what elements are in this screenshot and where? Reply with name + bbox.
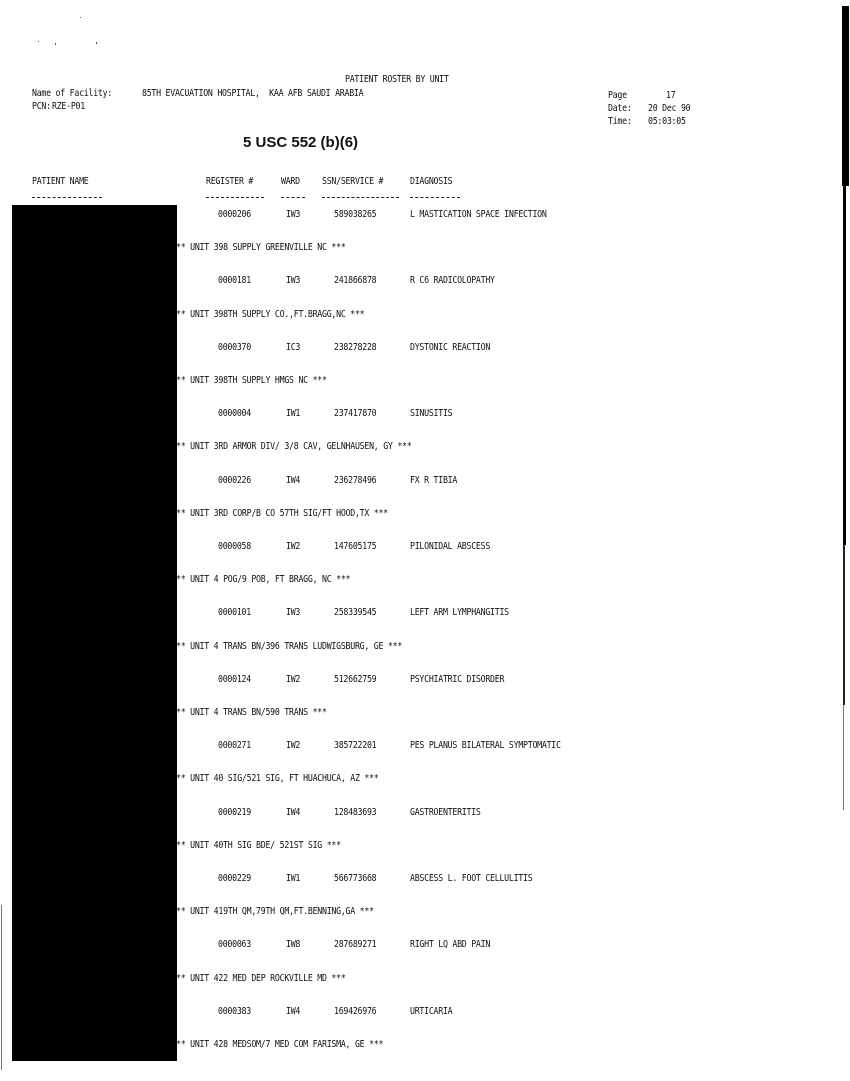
page-value: 17 (666, 90, 675, 101)
scan-speck (38, 41, 39, 42)
register-cell: 0000124 (218, 674, 251, 685)
diagnosis-cell: PSYCHIATRIC DISORDER (410, 674, 504, 685)
diagnosis-cell: URTICARIA (410, 1006, 452, 1017)
header-underline (32, 197, 102, 199)
scan-edge-line (1, 905, 2, 1070)
ssn-cell: 385722201 (334, 740, 376, 751)
page-label: Page (608, 90, 627, 101)
time-value: 05:03:05 (648, 116, 686, 127)
ssn-cell: 589038265 (334, 209, 376, 220)
ssn-cell: 128483693 (334, 807, 376, 818)
ssn-cell: 236278496 (334, 475, 376, 486)
diagnosis-cell: PES PLANUS BILATERAL SYMPTOMATIC (410, 740, 561, 751)
scan-edge-bar (842, 6, 849, 186)
header-underline (281, 197, 305, 199)
header-underline (206, 197, 264, 199)
scan-speck (80, 17, 81, 18)
ward-cell: IW2 (286, 541, 300, 552)
ward-cell: IW8 (286, 939, 300, 950)
ward-cell: IW1 (286, 873, 300, 884)
date-label: Date: (608, 103, 632, 114)
ward-cell: IW4 (286, 1006, 300, 1017)
column-header-ward: WARD (281, 176, 300, 187)
header-underline (322, 197, 399, 199)
diagnosis-cell: R C6 RADICOLOPATHY (410, 275, 495, 286)
report-title: PATIENT ROSTER BY UNIT (345, 74, 449, 85)
register-cell: 0000058 (218, 541, 251, 552)
register-cell: 0000383 (218, 1006, 251, 1017)
scan-edge-line (843, 705, 844, 810)
unit-group-header: ** UNIT 4 POG/9 POB, FT BRAGG, NC *** (176, 574, 350, 585)
register-cell: 0000004 (218, 408, 251, 419)
pcn-value: RZE-P01 (52, 101, 85, 112)
facility-value: 85TH EVACUATION HOSPITAL, KAA AFB SAUDI … (142, 88, 363, 99)
ssn-cell: 238278228 (334, 342, 376, 353)
scan-speck (55, 43, 56, 45)
scan-edge-line (843, 185, 846, 545)
unit-group-header: ** UNIT 398TH SUPPLY CO.,FT.BRAGG,NC *** (176, 309, 364, 320)
unit-group-header: ** UNIT 40TH SIG BDE/ 521ST SIG *** (176, 840, 341, 851)
diagnosis-cell: FX R TIBIA (410, 475, 457, 486)
redaction-box (12, 205, 177, 1061)
ssn-cell: 258339545 (334, 607, 376, 618)
ward-cell: IW3 (286, 607, 300, 618)
diagnosis-cell: DYSTONIC REACTION (410, 342, 490, 353)
register-cell: 0000229 (218, 873, 251, 884)
scan-edge-line (843, 545, 845, 705)
facility-label: Name of Facility: (32, 88, 112, 99)
ward-cell: IW4 (286, 475, 300, 486)
ward-cell: IW3 (286, 275, 300, 286)
ssn-cell: 287689271 (334, 939, 376, 950)
column-header-register: REGISTER # (206, 176, 253, 187)
time-label: Time: (608, 116, 632, 127)
unit-group-header: ** UNIT 40 SIG/521 SIG, FT HUACHUCA, AZ … (176, 773, 379, 784)
register-cell: 0000370 (218, 342, 251, 353)
register-cell: 0000226 (218, 475, 251, 486)
ssn-cell: 169426976 (334, 1006, 376, 1017)
unit-group-header: ** UNIT 398 SUPPLY GREENVILLE NC *** (176, 242, 346, 253)
ssn-cell: 147605175 (334, 541, 376, 552)
ward-cell: IW2 (286, 740, 300, 751)
scan-speck (96, 42, 97, 44)
diagnosis-cell: SINUSITIS (410, 408, 452, 419)
register-cell: 0000206 (218, 209, 251, 220)
ssn-cell: 512662759 (334, 674, 376, 685)
diagnosis-cell: ABSCESS L. FOOT CELLULITIS (410, 873, 532, 884)
diagnosis-cell: RIGHT LQ ABD PAIN (410, 939, 490, 950)
register-cell: 0000101 (218, 607, 251, 618)
diagnosis-cell: L MASTICATION SPACE INFECTION (410, 209, 547, 220)
unit-group-header: ** UNIT 3RD CORP/B CO 57TH SIG/FT HOOD,T… (176, 508, 388, 519)
register-cell: 0000181 (218, 275, 251, 286)
unit-group-header: ** UNIT 4 TRANS BN/590 TRANS *** (176, 707, 327, 718)
diagnosis-cell: GASTROENTERITIS (410, 807, 481, 818)
register-cell: 0000271 (218, 740, 251, 751)
header-underline (410, 197, 460, 199)
diagnosis-cell: PILONIDAL ABSCESS (410, 541, 490, 552)
ssn-cell: 241866878 (334, 275, 376, 286)
unit-group-header: ** UNIT 419TH QM,79TH QM,FT.BENNING,GA *… (176, 906, 374, 917)
unit-group-header: ** UNIT 398TH SUPPLY HMGS NC *** (176, 375, 327, 386)
pcn-label: PCN: (32, 101, 51, 112)
ssn-cell: 566773668 (334, 873, 376, 884)
date-value: 20 Dec 90 (648, 103, 690, 114)
diagnosis-cell: LEFT ARM LYMPHANGITIS (410, 607, 509, 618)
unit-group-header: ** UNIT 428 MEDSOM/7 MED COM FARISMA, GE… (176, 1039, 383, 1050)
register-cell: 0000063 (218, 939, 251, 950)
register-cell: 0000219 (218, 807, 251, 818)
column-header-patient-name: PATIENT NAME (32, 176, 89, 187)
unit-group-header: ** UNIT 422 MED DEP ROCKVILLE MD *** (176, 973, 346, 984)
ssn-cell: 237417870 (334, 408, 376, 419)
column-header-ssn: SSN/SERVICE # (322, 176, 383, 187)
unit-group-header: ** UNIT 4 TRANS BN/396 TRANS LUDWIGSBURG… (176, 641, 402, 652)
ward-cell: IW4 (286, 807, 300, 818)
unit-group-header: ** UNIT 3RD ARMOR DIV/ 3/8 CAV, GELNHAUS… (176, 441, 411, 452)
column-header-diagnosis: DIAGNOSIS (410, 176, 452, 187)
ward-cell: IC3 (286, 342, 300, 353)
ward-cell: IW2 (286, 674, 300, 685)
exemption-stamp: 5 USC 552 (b)(6) (243, 134, 358, 151)
ward-cell: IW3 (286, 209, 300, 220)
ward-cell: IW1 (286, 408, 300, 419)
